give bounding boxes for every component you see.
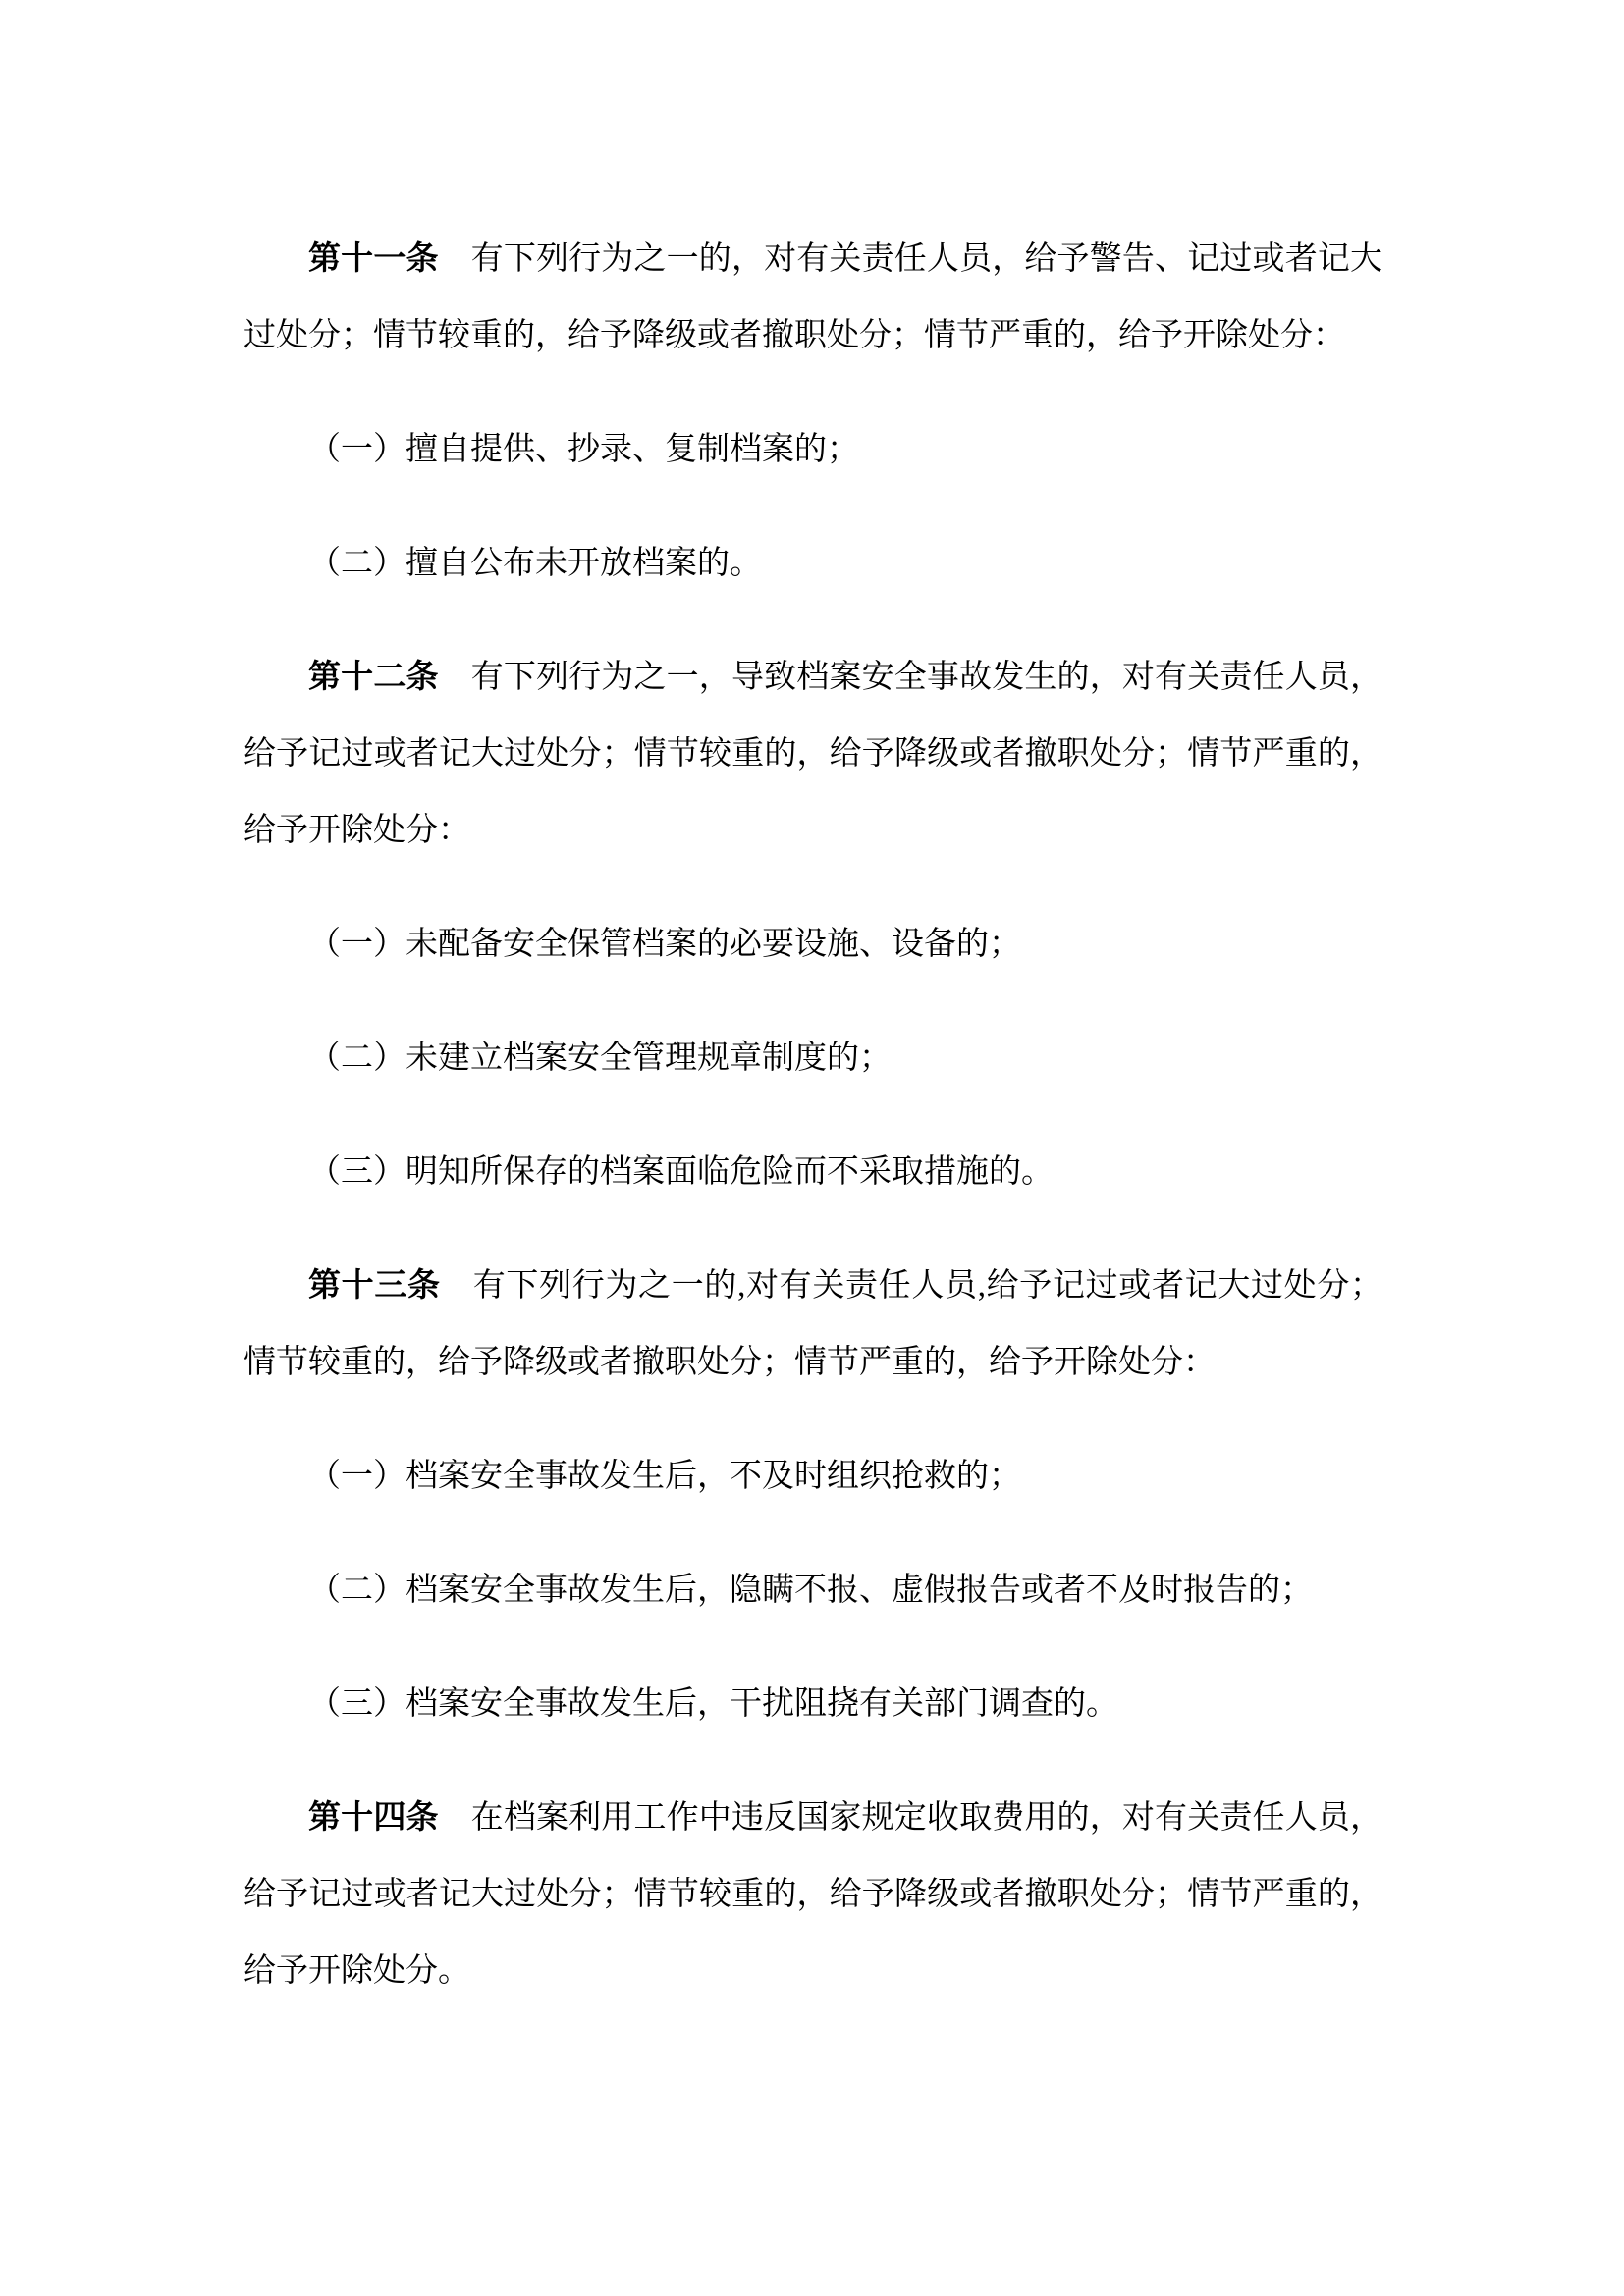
document-page: 第十一条有下列行为之一的，对有关责任人员，给予警告、记过或者记大过处分；情节较重… — [0, 0, 1624, 2296]
article-12-number: 第十二条 — [308, 660, 439, 695]
article-13-item-2: （二）档案安全事故发生后，隐瞒不报、虚假报告或者不及时报告的； — [244, 1552, 1382, 1629]
article-13-item-1: （一）档案安全事故发生后，不及时组织抢救的； — [244, 1438, 1382, 1515]
article-12-item-1: （一）未配备安全保管档案的必要设施、设备的； — [244, 906, 1382, 983]
article-12-item-3: （三）明知所保存的档案面临危险而不采取措施的。 — [244, 1134, 1382, 1210]
article-13-item-3: （三）档案安全事故发生后，干扰阻挠有关部门调查的。 — [244, 1666, 1382, 1742]
article-11-paragraph: 第十一条有下列行为之一的，对有关责任人员，给予警告、记过或者记大过处分；情节较重… — [244, 221, 1382, 374]
article-12-paragraph: 第十二条有下列行为之一，导致档案安全事故发生的，对有关责任人员，给予记过或者记大… — [244, 639, 1382, 869]
article-14-number: 第十四条 — [308, 1800, 439, 1836]
article-11-item-2: （二）擅自公布未开放档案的。 — [244, 525, 1382, 602]
article-11-number: 第十一条 — [308, 241, 439, 277]
article-12-item-2: （二）未建立档案安全管理规章制度的； — [244, 1020, 1382, 1096]
article-13-number: 第十三条 — [308, 1268, 441, 1304]
article-11-item-1: （一）擅自提供、抄录、复制档案的； — [244, 411, 1382, 488]
article-14-paragraph: 第十四条在档案利用工作中违反国家规定收取费用的，对有关责任人员，给予记过或者记大… — [244, 1780, 1382, 2009]
article-13-paragraph: 第十三条有下列行为之一的,对有关责任人员,给予记过或者记大过处分；情节较重的，给… — [244, 1248, 1382, 1401]
